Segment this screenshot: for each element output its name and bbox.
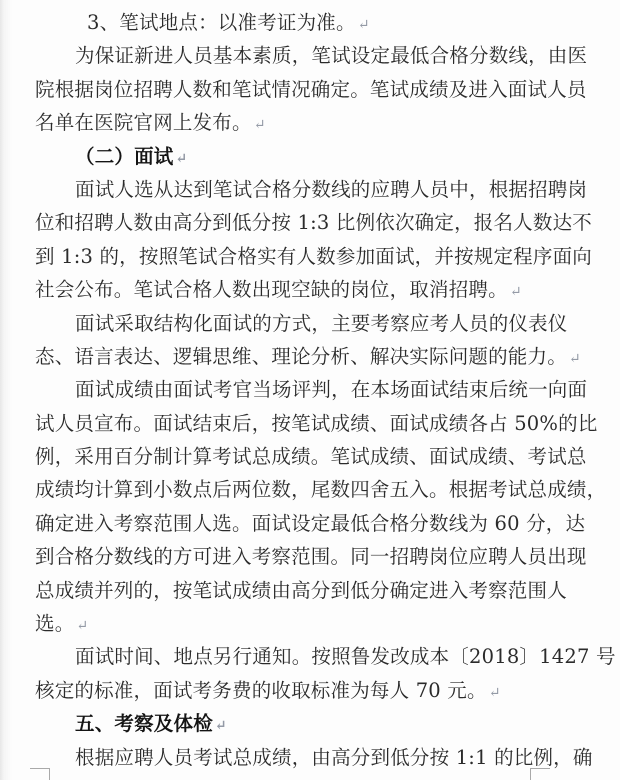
line-text: 面试时间、地点另行通知。按照鲁发改成本〔2018〕1427 号: [75, 645, 616, 668]
line-text: 总成绩并列的，按笔试成绩由高分到低分确定进入考察范围人: [35, 579, 567, 602]
line-text: 3、笔试地点：以准考证为准。: [87, 11, 356, 34]
text-boundary-mark-left: [30, 768, 50, 780]
text-line: 例，采用百分制计算考试总成绩。笔试成绩、面试成绩、考试总: [35, 440, 567, 473]
heading-line: （二）面试↵: [35, 140, 567, 173]
text-line: 总成绩并列的，按笔试成绩由高分到低分确定进入考察范围人: [35, 574, 567, 607]
paragraph-mark-icon: ↵: [76, 618, 88, 634]
line-text: 根据应聘人员考试总成绩，由高分到低分按 1:1 的比例，确: [75, 746, 593, 769]
line-text: 位和招聘人数由高分到低分按 1:3 比例依次确定，报名人数达不: [35, 211, 592, 234]
text-line: 面试成绩由面试考官当场评判，在本场面试结束后统一向面: [35, 373, 567, 406]
heading-line: 五、考察及体检↵: [35, 707, 567, 740]
paragraph-mark-icon: ↵: [254, 117, 266, 133]
line-text: 态、语言表达、逻辑思维、理论分析、解决实际问题的能力。: [35, 345, 567, 368]
text-line: 到合格分数线的方可进入考察范围。同一招聘岗位应聘人员出现: [35, 540, 567, 573]
paragraph-mark-icon: ↵: [215, 718, 227, 734]
text-line: 面试采取结构化面试的方式，主要考察应考人员的仪表仪: [35, 307, 567, 340]
text-line: 位和招聘人数由高分到低分按 1:3 比例依次确定，报名人数达不: [35, 206, 567, 239]
paragraph-mark-icon: ↵: [358, 17, 370, 33]
line-text: （二）面试: [75, 145, 174, 168]
text-line: 根据应聘人员考试总成绩，由高分到低分按 1:1 的比例，确: [35, 741, 567, 774]
line-text: 面试采取结构化面试的方式，主要考察应考人员的仪表仪: [75, 312, 568, 335]
text-line: 态、语言表达、逻辑思维、理论分析、解决实际问题的能力。↵: [35, 340, 567, 373]
line-text: 例，采用百分制计算考试总成绩。笔试成绩、面试成绩、考试总: [35, 445, 587, 468]
paragraph-mark-icon: ↵: [489, 685, 501, 701]
line-text: 试人员宣布。面试结束后，按笔试成绩、面试成绩各占 50%的比: [35, 412, 598, 435]
text-line: 社会公布。笔试合格人数出现空缺的岗位，取消招聘。↵: [35, 273, 567, 306]
text-line: 成绩均计算到小数点后两位数，尾数四舍五入。根据考试总成绩，: [35, 473, 567, 506]
line-text: 确定进入考察范围人选。面试设定最低合格分数线为 60 分，达: [35, 512, 585, 535]
paragraph-mark-icon: ↵: [569, 351, 581, 367]
text-line: 确定进入考察范围人选。面试设定最低合格分数线为 60 分，达: [35, 507, 567, 540]
text-boundary-mark-right: [530, 768, 550, 780]
line-text: 选。: [35, 612, 74, 635]
line-text: 到 1:3 的，按照笔试合格实有人数参加面试，并按规定程序面向: [35, 245, 592, 268]
text-line: 院根据岗位招聘人数和笔试情况确定。笔试成绩及进入面试人员: [35, 73, 567, 106]
text-line: 3、笔试地点：以准考证为准。↵: [35, 6, 567, 39]
document-text-block: 3、笔试地点：以准考证为准。↵为保证新进人员基本素质，笔试设定最低合格分数线，由…: [35, 6, 567, 774]
text-line: 为保证新进人员基本素质，笔试设定最低合格分数线，由医: [35, 39, 567, 72]
line-text: 到合格分数线的方可进入考察范围。同一招聘岗位应聘人员出现: [35, 545, 587, 568]
text-line: 试人员宣布。面试结束后，按笔试成绩、面试成绩各占 50%的比: [35, 407, 567, 440]
text-line: 面试人选从达到笔试合格分数线的应聘人员中，根据招聘岗: [35, 173, 567, 206]
line-text: 成绩均计算到小数点后两位数，尾数四舍五入。根据考试总成绩，: [35, 478, 606, 501]
line-text: 院根据岗位招聘人数和笔试情况确定。笔试成绩及进入面试人员: [35, 78, 587, 101]
document-page: 3、笔试地点：以准考证为准。↵为保证新进人员基本素质，笔试设定最低合格分数线，由…: [0, 0, 620, 780]
line-text: 为保证新进人员基本素质，笔试设定最低合格分数线，由医: [75, 44, 587, 67]
line-text: 社会公布。笔试合格人数出现空缺的岗位，取消招聘。: [35, 278, 508, 301]
line-text: 核定的标准，面试考务费的收取标准为每人 70 元。: [35, 679, 487, 702]
line-text: 五、考察及体检: [75, 712, 213, 735]
text-line: 面试时间、地点另行通知。按照鲁发改成本〔2018〕1427 号: [35, 640, 567, 673]
text-line: 选。↵: [35, 607, 567, 640]
line-text: 面试人选从达到笔试合格分数线的应聘人员中，根据招聘岗: [75, 178, 587, 201]
paragraph-mark-icon: ↵: [510, 284, 522, 300]
text-line: 到 1:3 的，按照笔试合格实有人数参加面试，并按规定程序面向: [35, 240, 567, 273]
text-line: 核定的标准，面试考务费的收取标准为每人 70 元。↵: [35, 674, 567, 707]
text-line: 名单在医院官网上发布。↵: [35, 106, 567, 139]
paragraph-mark-icon: ↵: [176, 151, 188, 167]
line-text: 面试成绩由面试考官当场评判，在本场面试结束后统一向面: [75, 378, 587, 401]
line-text: 名单在医院官网上发布。: [35, 111, 252, 134]
